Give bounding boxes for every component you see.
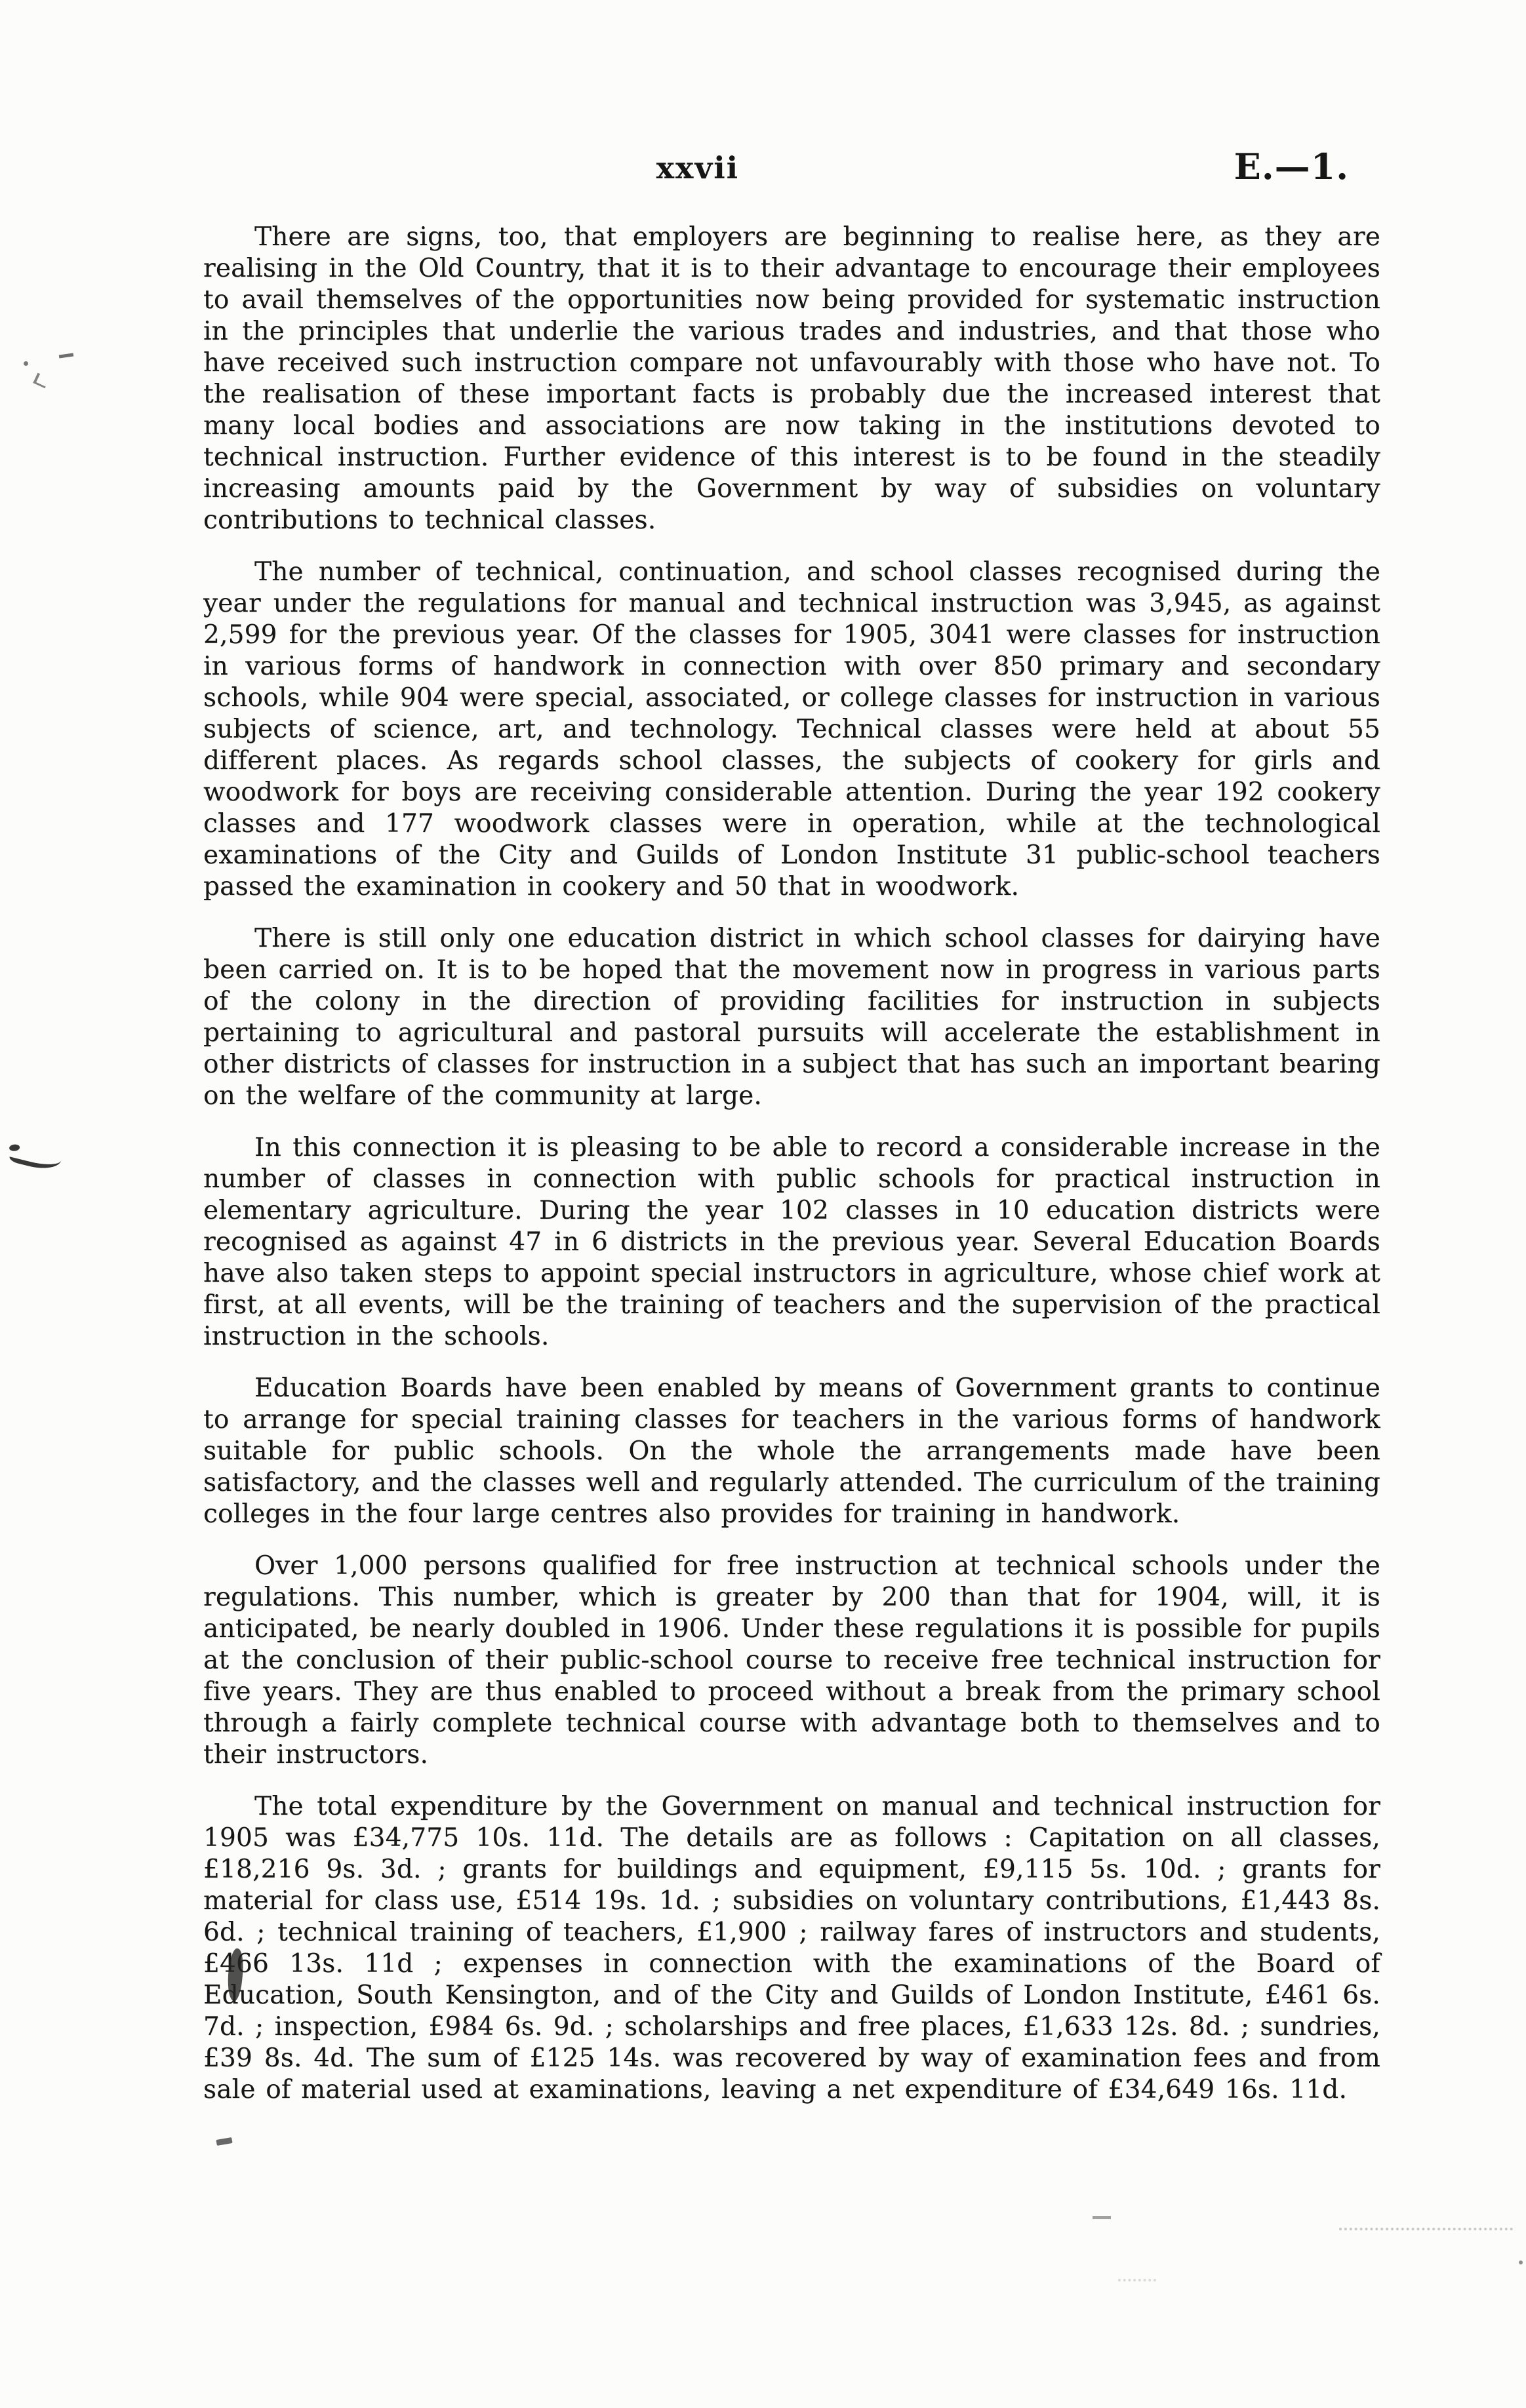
scan-artifact-margin-check [9, 1139, 64, 1174]
page-number: xxvii [656, 148, 740, 188]
document-page: { "page": { "page_number": "xxvii", "rep… [0, 0, 1526, 2408]
scan-artifact-specks [1093, 2216, 1111, 2219]
paragraph-free-instruction: Over 1,000 persons qualified for free in… [203, 1550, 1380, 1771]
scan-artifact-dotted-line [1339, 2228, 1513, 2230]
scan-artifact-dot [1519, 2260, 1523, 2264]
scan-artifact-pencil-dot [24, 361, 28, 366]
scan-artifact-pencil-squiggle [33, 373, 49, 389]
paragraph-employers-realising: There are signs, too, that employers are… [203, 222, 1380, 536]
scan-artifact-pencil-dash [59, 353, 73, 358]
paragraph-classes-recognised: The number of technical, continuation, a… [203, 557, 1380, 903]
paragraph-total-expenditure: The total expenditure by the Government … [203, 1791, 1380, 2106]
page-header: xxvii E.—1. [203, 148, 1380, 201]
paragraph-training-classes: Education Boards have been enabled by me… [203, 1373, 1380, 1530]
report-reference: E.—1. [1234, 146, 1349, 188]
paragraph-dairying-district: There is still only one education distri… [203, 923, 1380, 1112]
paragraph-elementary-agriculture: In this connection it is pleasing to be … [203, 1132, 1380, 1352]
scan-artifact-dotted-dashes [1118, 2279, 1156, 2281]
scanned-page: xxvii E.—1. There are signs, too, that e… [0, 0, 1526, 2408]
text-block: There are signs, too, that employers are… [203, 222, 1380, 2126]
scan-artifact-ink-mark [216, 2137, 232, 2146]
